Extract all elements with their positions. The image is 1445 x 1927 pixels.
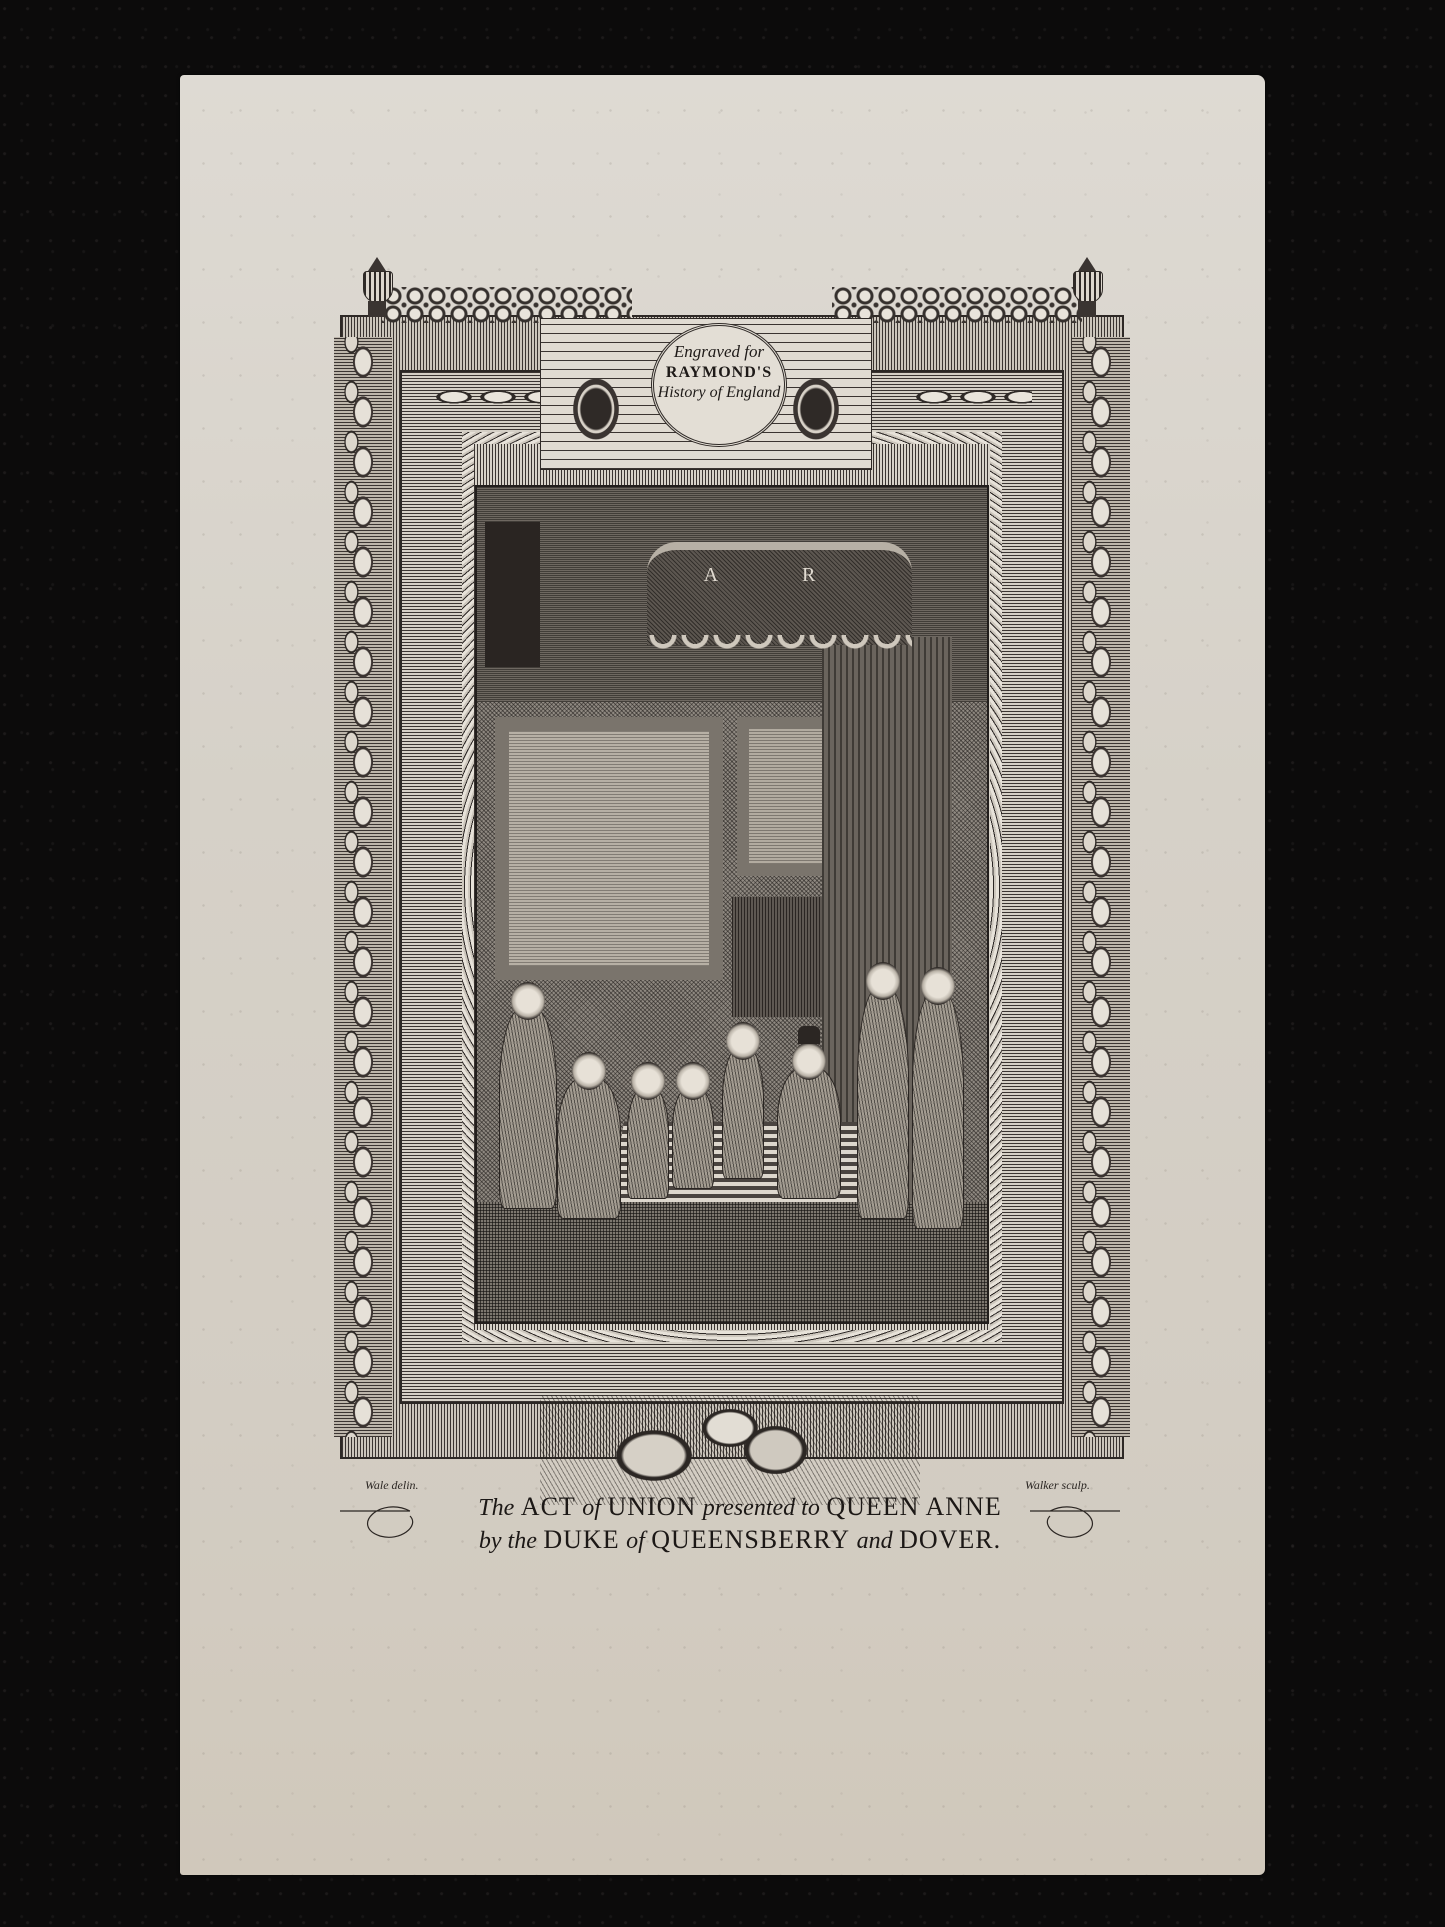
right-laurel-icon: [912, 380, 1032, 414]
left-urn-icon: [360, 257, 394, 319]
figure-queen-anne: [777, 1067, 841, 1199]
top-cartouche: Engraved for RAYMOND'S History of Englan…: [540, 318, 872, 470]
ship-tapestry-left: [495, 717, 723, 980]
title-word: ACT: [521, 1492, 576, 1521]
artist-credit: Wale delin.: [365, 1478, 419, 1493]
right-vine-border: [1072, 337, 1130, 1437]
title-word: DUKE: [543, 1525, 619, 1554]
engraved-scene: A R: [475, 485, 989, 1324]
title-line-2: by the DUKE of QUEENSBERRY and DOVER.: [380, 1525, 1100, 1555]
title-word: The: [478, 1495, 514, 1521]
inscription-medallion: Engraved for RAYMOND'S History of Englan…: [651, 323, 787, 447]
title-word: QUEEN ANNE: [826, 1492, 1001, 1521]
right-urn-icon: [1070, 257, 1104, 319]
doorway: [732, 897, 822, 1017]
left-laurel-icon: [432, 380, 552, 414]
figure-lord-with-staff-1: [857, 987, 909, 1219]
raymonds-text: RAYMOND'S: [654, 364, 784, 382]
canopy-fringe: [647, 635, 912, 655]
title-word: UNION: [607, 1492, 696, 1521]
floor: [477, 1202, 987, 1322]
figure-reading-document: [499, 1007, 557, 1209]
engraved-for-text: Engraved for: [654, 342, 784, 362]
title-word: of: [626, 1528, 645, 1554]
figure-kneeling-duke: [557, 1077, 621, 1219]
right-swag-icon: [781, 319, 851, 469]
title-word: by the: [479, 1528, 537, 1554]
left-swag-icon: [561, 319, 631, 469]
engraver-credit: Walker sculp.: [1025, 1478, 1090, 1493]
arms-trophy-ornament: [540, 1395, 920, 1505]
title-word: of: [582, 1495, 601, 1521]
crown-icon: [798, 1026, 820, 1044]
title-line-1: The ACT of UNION presented to QUEEN ANNE: [380, 1492, 1100, 1522]
left-vine-border: [334, 337, 392, 1437]
figure-kneeling-1: [627, 1087, 669, 1199]
figure-standing-attendant: [722, 1047, 764, 1179]
leaded-window: [485, 522, 540, 667]
history-of-england-text: History of England: [654, 384, 784, 402]
throne-canopy: A R: [647, 542, 912, 645]
figure-lord-with-staff-2: [912, 992, 964, 1229]
figure-kneeling-2: [672, 1087, 714, 1189]
canopy-monogram: A R: [647, 564, 912, 587]
title-word: DOVER.: [899, 1525, 1001, 1554]
title-word: and: [857, 1528, 893, 1554]
title-word: QUEENSBERRY: [651, 1525, 850, 1554]
title-word: presented to: [703, 1495, 820, 1521]
